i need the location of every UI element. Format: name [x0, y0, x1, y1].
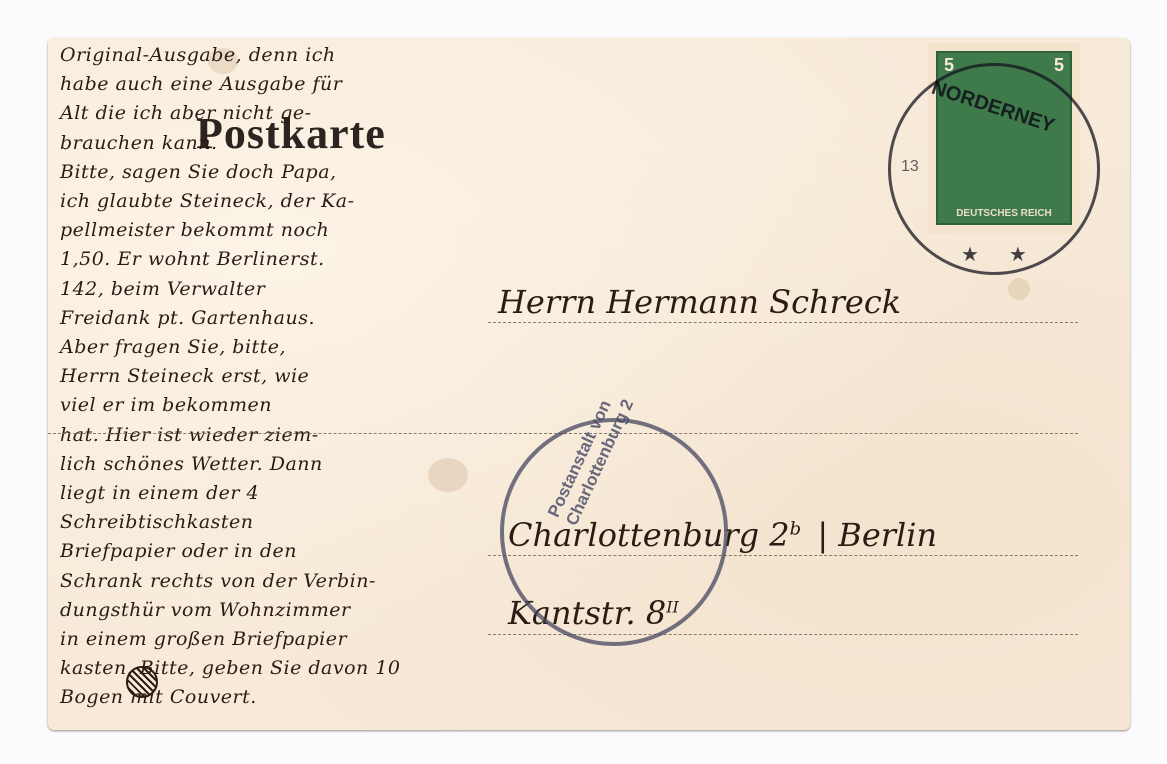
message-line: brauchen kann.: [60, 132, 218, 154]
stain: [428, 458, 468, 492]
message-line: Schreibtischkasten: [60, 511, 254, 533]
recipient-name: Herrn Hermann Schreck: [498, 283, 901, 321]
district-suffix: b: [790, 518, 802, 539]
postcard: Postkarte Original-Ausgabe, denn ichhabe…: [48, 38, 1130, 730]
message-line: Briefpapier oder in den: [60, 540, 297, 562]
star-icon: ★★: [961, 242, 1057, 266]
receiving-postmark: Postanstalt von Charlottenburg 2: [500, 418, 728, 646]
message-line: 1,50. Er wohnt Berlinerst.: [60, 248, 325, 270]
emblem-icon: [126, 666, 158, 698]
stain: [1008, 278, 1030, 300]
receiving-postmark-text: Postanstalt von Charlottenburg 2: [544, 331, 665, 529]
message-line: Herrn Steineck erst, wie: [60, 365, 309, 387]
address-line: [488, 322, 1078, 323]
message-line: liegt in einem der 4: [60, 482, 259, 504]
message-line: Original-Ausgabe, denn ich: [60, 44, 336, 66]
message-line: in einem großen Briefpapier: [60, 628, 347, 650]
message-line: viel er im bekommen: [60, 394, 272, 416]
message-line: habe auch eine Ausgabe für: [60, 73, 342, 95]
message-line: hat. Hier ist wieder ziem-: [60, 424, 319, 446]
message-line: Aber fragen Sie, bitte,: [60, 336, 286, 358]
message-line: pellmeister bekommt noch: [60, 219, 329, 241]
postmark-date: 13: [901, 158, 919, 176]
message-line: lich schönes Wetter. Dann: [60, 453, 323, 475]
message-line: Freidank pt. Gartenhaus.: [60, 307, 315, 329]
message-line: Bitte, sagen Sie doch Papa,: [60, 161, 337, 183]
postmark-town: NORDERNEY: [929, 77, 1058, 138]
message-line: dungsthür vom Wohnzimmer: [60, 599, 351, 621]
message-line: ich glaubte Steineck, der Ka-: [60, 190, 355, 212]
message-line: kasten. Bitte, geben Sie davon 10: [60, 657, 401, 679]
message-line: 142, beim Verwalter: [60, 278, 265, 300]
message-line: Bogen mit Couvert.: [60, 686, 257, 708]
message-line: Schrank rechts von der Verbin-: [60, 570, 376, 592]
city: Berlin: [838, 516, 937, 554]
message-line: Alt die ich aber nicht ge-: [60, 102, 312, 124]
stamp-value: 5: [1054, 55, 1064, 76]
postmark: NORDERNEY 13 ★★: [888, 63, 1100, 275]
